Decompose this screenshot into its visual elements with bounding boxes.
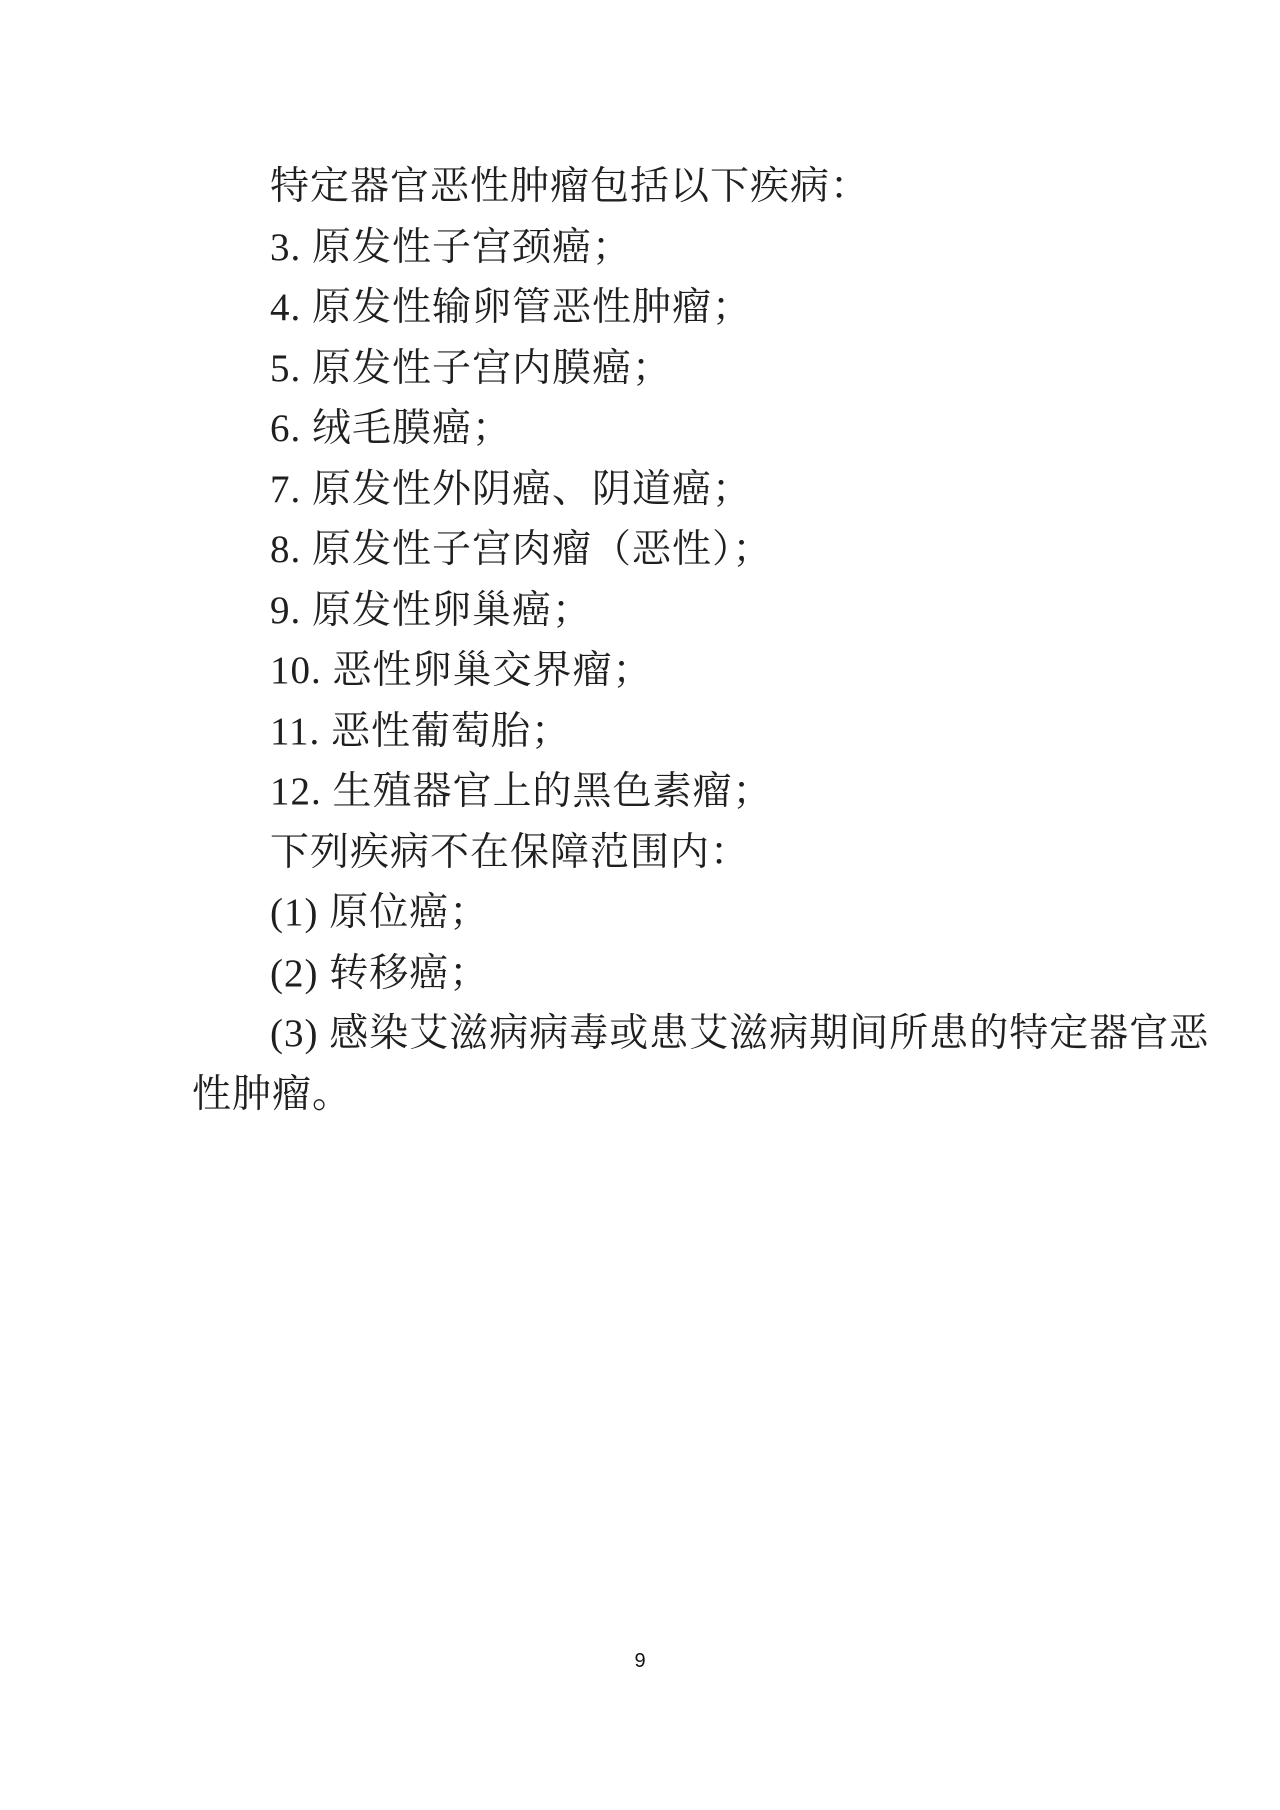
document-line: 12. 生殖器官上的黑色素瘤； — [192, 762, 1142, 823]
document-page: 特定器官恶性肿瘤包括以下疾病：3. 原发性子宫颈癌；4. 原发性输卵管恶性肿瘤；… — [0, 0, 1280, 1810]
document-line: 7. 原发性外阴癌、阴道癌； — [192, 460, 1142, 521]
document-line: 11. 恶性葡萄胎； — [192, 702, 1142, 763]
document-line: 4. 原发性输卵管恶性肿瘤； — [192, 278, 1142, 339]
document-line: 5. 原发性子宫内膜癌； — [192, 339, 1142, 400]
document-line: 性肿瘤。 — [192, 1065, 1142, 1126]
page-number: 9 — [0, 1650, 1280, 1673]
document-line: 3. 原发性子宫颈癌； — [192, 218, 1142, 279]
document-line: 10. 恶性卵巢交界瘤； — [192, 641, 1142, 702]
document-line: 6. 绒毛膜癌； — [192, 399, 1142, 460]
document-line: 9. 原发性卵巢癌； — [192, 581, 1142, 642]
document-line: 特定器官恶性肿瘤包括以下疾病： — [192, 157, 1142, 218]
document-line: 8. 原发性子宫肉瘤（恶性）； — [192, 520, 1142, 581]
document-body: 特定器官恶性肿瘤包括以下疾病：3. 原发性子宫颈癌；4. 原发性输卵管恶性肿瘤；… — [192, 157, 1142, 1125]
document-line: (3) 感染艾滋病病毒或患艾滋病期间所患的特定器官恶 — [192, 1004, 1142, 1065]
document-line: (1) 原位癌； — [192, 883, 1142, 944]
document-line: (2) 转移癌； — [192, 944, 1142, 1005]
document-line: 下列疾病不在保障范围内： — [192, 823, 1142, 884]
